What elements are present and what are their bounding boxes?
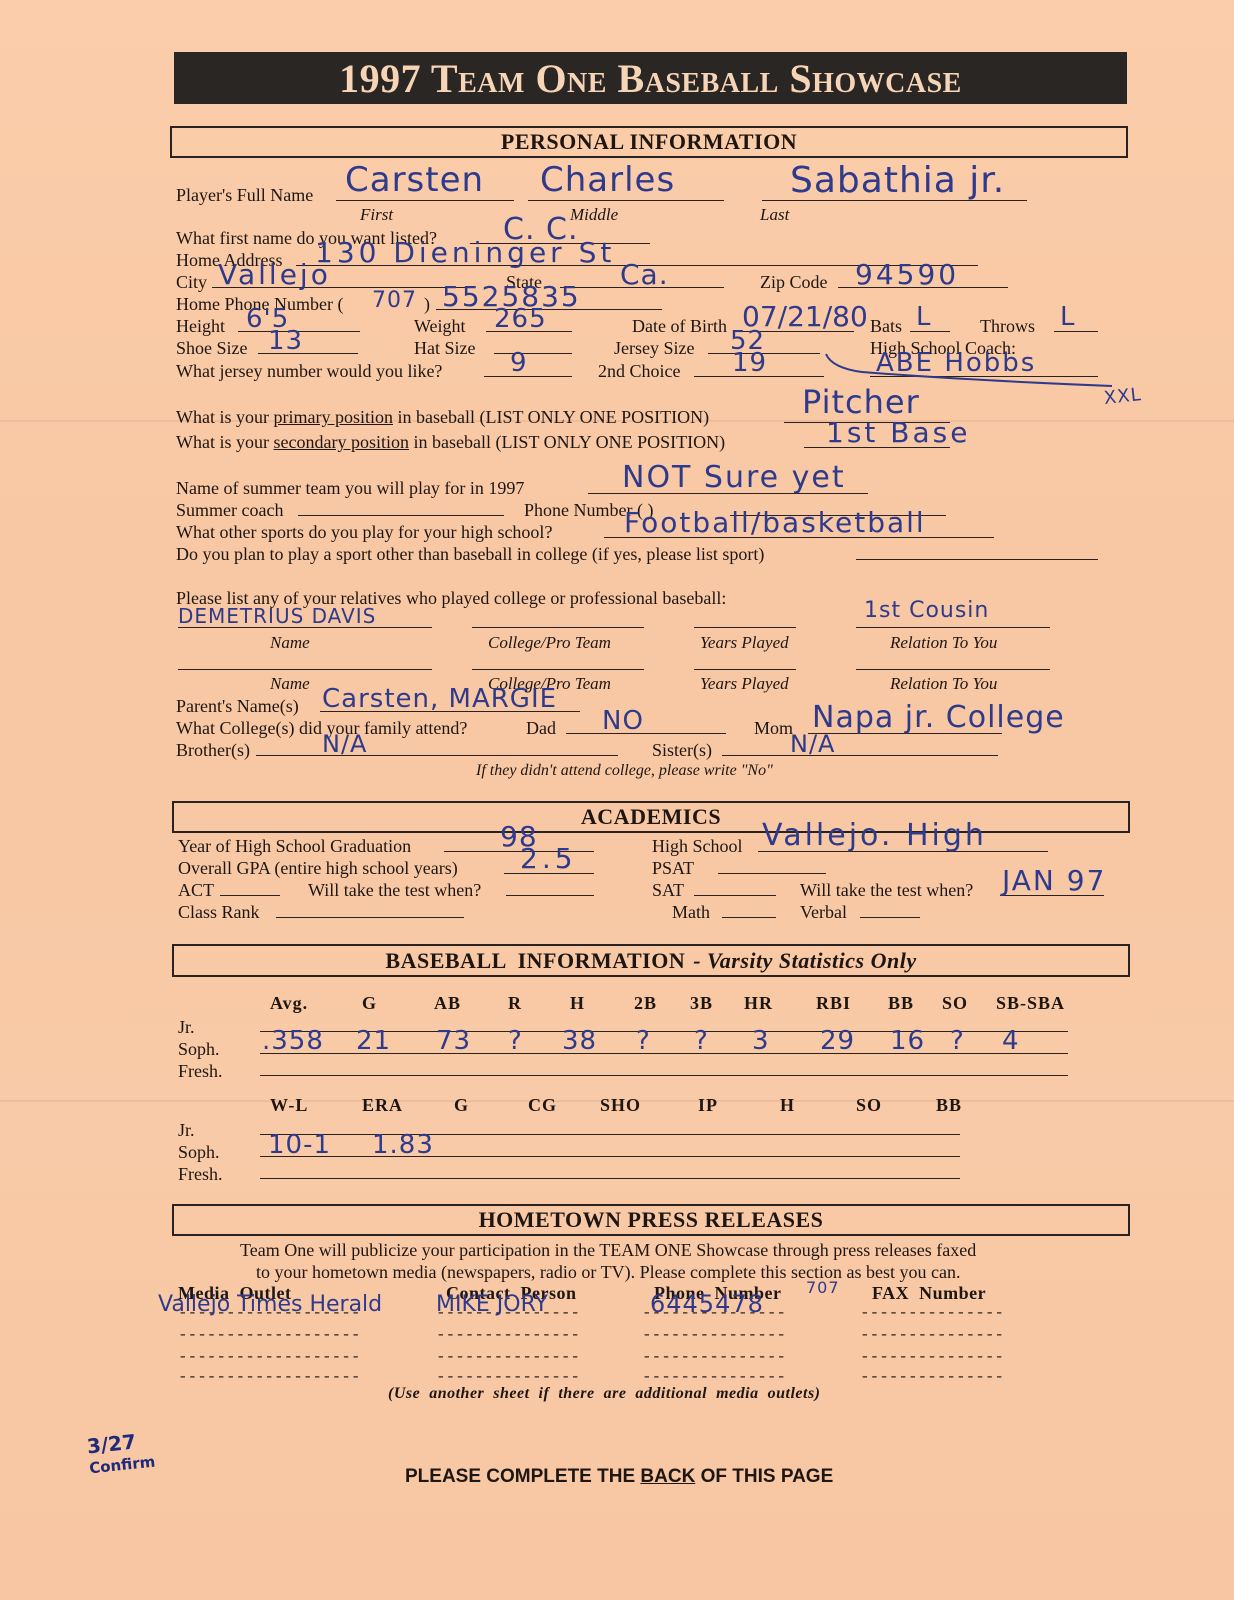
hitting-fresh-line[interactable] xyxy=(260,1074,1068,1076)
math-line[interactable] xyxy=(722,916,776,918)
pitching-col-h: H xyxy=(780,1095,795,1116)
press-intro-line1: Team One will publicize your participati… xyxy=(240,1240,976,1260)
form-page: 1997 Team One Baseball Showcase PERSONAL… xyxy=(0,0,1234,1600)
shoe-label: Shoe Size xyxy=(176,338,248,358)
label-underlined: secondary position xyxy=(273,432,408,452)
hitting-soph-so[interactable]: ? xyxy=(950,1026,965,1056)
press-note: (Use another sheet if there are addition… xyxy=(388,1385,821,1403)
fax-dash-line[interactable]: --------------- xyxy=(860,1304,1004,1322)
sisters-label: Sister(s) xyxy=(652,740,712,760)
other-sports-value[interactable]: Football/basketball xyxy=(624,506,926,539)
label-underlined: primary position xyxy=(273,407,393,427)
press-intro-line2: to your hometown media (newspapers, radi… xyxy=(256,1262,961,1282)
press-outlet-value[interactable]: Vallejo Times Herald xyxy=(158,1292,382,1317)
high-school-label: High School xyxy=(652,836,743,856)
phone-dash-line[interactable]: --------------- xyxy=(642,1326,786,1344)
hitting-soph-2b[interactable]: ? xyxy=(636,1026,651,1056)
pitching-soph-era[interactable]: 1.83 xyxy=(372,1130,434,1160)
footer-text: PLEASE COMPLETE THE xyxy=(405,1466,640,1487)
press-phone-value[interactable]: 6445478 xyxy=(650,1290,764,1318)
relative-name-value[interactable]: DEMETRIUS DAVIS xyxy=(178,604,376,628)
sisters-line[interactable] xyxy=(722,754,998,756)
hitting-col-g: G xyxy=(362,993,377,1014)
pitching-soph-wl[interactable]: 10-1 xyxy=(268,1130,331,1160)
last-name-value[interactable]: Sabathia jr. xyxy=(790,160,1005,201)
pitching-col-ip: IP xyxy=(698,1095,718,1116)
hitting-soph-rbi[interactable]: 29 xyxy=(820,1026,855,1056)
section-press-header: HOMETOWN PRESS RELEASES xyxy=(172,1204,1130,1236)
hat-label: Hat Size xyxy=(414,338,475,358)
class-rank-label: Class Rank xyxy=(178,902,260,922)
sat-when-label: Will take the test when? xyxy=(800,880,973,900)
relative-relation-line[interactable] xyxy=(856,668,1050,670)
hitting-col-so: SO xyxy=(942,993,968,1014)
math-label: Math xyxy=(672,902,710,922)
pitching-soph-line[interactable] xyxy=(260,1155,960,1157)
jersey-size-label: Jersey Size xyxy=(614,338,694,358)
hitting-row-jr: Jr. xyxy=(178,1017,195,1037)
other-sports-label: What other sports do you play for your h… xyxy=(176,522,552,542)
section-baseball-header: BASEBALL INFORMATION - Varsity Statistic… xyxy=(172,944,1130,977)
jersey-num-line[interactable] xyxy=(484,375,572,377)
sisters-value[interactable]: N/A xyxy=(790,730,835,758)
throws-value[interactable]: L xyxy=(1060,302,1076,332)
dad-value[interactable]: NO xyxy=(602,706,644,736)
college-sport-label: Do you plan to play a sport other than b… xyxy=(176,544,764,564)
mom-value[interactable]: Napa jr. College xyxy=(812,700,1065,735)
high-school-value[interactable]: Vallejo. High xyxy=(762,818,987,853)
hitting-soph-3b[interactable]: ? xyxy=(694,1026,709,1056)
hat-line[interactable] xyxy=(494,352,572,354)
press-contact-value[interactable]: MIKE JORY xyxy=(436,1292,548,1317)
relatives-col-name: Name xyxy=(270,633,310,653)
second-choice-value[interactable]: 19 xyxy=(732,348,767,378)
pitching-col-era: ERA xyxy=(362,1095,403,1116)
bats-value[interactable]: L xyxy=(916,302,932,332)
relatives-col-name: Name xyxy=(270,674,310,694)
summer-coach-label: Summer coach xyxy=(176,500,283,520)
phone-dash-line[interactable]: --------------- xyxy=(642,1348,786,1366)
act-label: ACT xyxy=(178,880,214,900)
hitting-soph-hr[interactable]: 3 xyxy=(752,1026,770,1056)
fax-dash-line[interactable]: --------------- xyxy=(860,1368,1004,1386)
first-name-value[interactable]: Carsten xyxy=(345,160,484,200)
hitting-soph-avg[interactable]: .358 xyxy=(262,1026,324,1056)
label-text: What is your xyxy=(176,432,273,452)
mom-label: Mom xyxy=(754,718,793,738)
form-title: 1997 Team One Baseball Showcase xyxy=(174,52,1127,104)
dad-line[interactable] xyxy=(566,732,726,734)
outlet-dash-line[interactable]: ------------------- xyxy=(178,1326,360,1344)
pitching-row-jr: Jr. xyxy=(178,1120,195,1140)
secondary-pos-value[interactable]: 1st Base xyxy=(826,416,970,449)
parents-value[interactable]: Carsten, MARGIE xyxy=(322,684,557,714)
summer-team-value[interactable]: NOT Sure yet xyxy=(622,460,846,495)
relative-years-line[interactable] xyxy=(694,668,796,670)
summer-team-label: Name of summer team you will play for in… xyxy=(176,478,524,498)
gpa-label: Overall GPA (entire high school years) xyxy=(178,858,458,878)
dob-label: Date of Birth xyxy=(632,316,727,336)
zip-value[interactable]: 94590 xyxy=(855,258,959,291)
pitching-fresh-line[interactable] xyxy=(260,1177,960,1179)
jersey-num-label: What jersey number would you like? xyxy=(176,361,442,381)
hitting-row-fresh: Fresh. xyxy=(178,1061,223,1081)
hitting-col-sb-sba: SB-SBA xyxy=(996,993,1065,1014)
outlet-dash-line[interactable]: ------------------- xyxy=(178,1368,360,1386)
secondary-pos-label: What is your secondary position in baseb… xyxy=(176,432,725,452)
verbal-label: Verbal xyxy=(800,902,847,922)
weight-value[interactable]: 265 xyxy=(494,304,547,334)
footer-instruction: PLEASE COMPLETE THE BACK OF THIS PAGE xyxy=(405,1466,833,1488)
section-personal-header: PERSONAL INFORMATION xyxy=(170,126,1128,158)
relatives-col-years: Years Played xyxy=(700,674,789,694)
primary-pos-label: What is your primary position in basebal… xyxy=(176,407,709,427)
parents-label: Parent's Name(s) xyxy=(176,696,299,716)
full-name-label: Player's Full Name xyxy=(176,185,313,205)
section-title: HOMETOWN PRESS RELEASES xyxy=(479,1207,824,1233)
relatives-col-team: College/Pro Team xyxy=(488,633,611,653)
pitching-col-so: SO xyxy=(856,1095,882,1116)
label-text: in baseball (LIST ONLY ONE POSITION) xyxy=(393,407,709,427)
jersey-size-note: XXL xyxy=(1103,384,1143,409)
sat-label: SAT xyxy=(652,880,684,900)
hitting-col-hr: HR xyxy=(744,993,773,1014)
pitching-row-fresh: Fresh. xyxy=(178,1164,223,1184)
brothers-line[interactable] xyxy=(256,754,618,756)
city-label: City xyxy=(176,272,207,292)
weight-label: Weight xyxy=(414,316,466,336)
act-line[interactable] xyxy=(220,894,280,896)
pitching-row-soph: Soph. xyxy=(178,1142,220,1162)
hitting-soph-ab[interactable]: 73 xyxy=(436,1026,471,1056)
second-choice-label: 2nd Choice xyxy=(598,361,681,381)
brothers-value[interactable]: N/A xyxy=(322,730,367,758)
label-text: What is your xyxy=(176,407,273,427)
relative-relation-line[interactable] xyxy=(856,626,1050,628)
shoe-value[interactable]: 13 xyxy=(268,326,303,356)
grad-year-label: Year of High School Graduation xyxy=(178,836,411,856)
summer-coach-line[interactable] xyxy=(298,514,504,516)
footer-text: OF THIS PAGE xyxy=(695,1466,833,1487)
phone-close-paren: ) xyxy=(424,294,430,314)
relatives-col-years: Years Played xyxy=(700,633,789,653)
state-value[interactable]: Ca. xyxy=(620,258,669,291)
first-caption: First xyxy=(360,205,393,225)
brothers-label: Brother(s) xyxy=(176,740,250,760)
class-rank-line[interactable] xyxy=(276,916,464,918)
address-value[interactable]: 130 Dieninger St xyxy=(315,236,615,269)
pitching-jr-line[interactable] xyxy=(260,1133,960,1135)
hitting-col-h: H xyxy=(570,993,585,1014)
throws-label: Throws xyxy=(980,316,1035,336)
college-sport-line[interactable] xyxy=(856,558,1098,560)
relative-name-line[interactable] xyxy=(178,668,432,670)
label-text: in baseball (LIST ONLY ONE POSITION) xyxy=(409,432,725,452)
pitching-col-bb: BB xyxy=(936,1095,962,1116)
verbal-line[interactable] xyxy=(860,916,920,918)
hitting-col-3b: 3B xyxy=(690,993,713,1014)
sat-line[interactable] xyxy=(694,894,776,896)
hitting-col-bb: BB xyxy=(888,993,914,1014)
relative-team-line[interactable] xyxy=(472,668,644,670)
hitting-soph-sb-sba[interactable]: 4 xyxy=(1002,1026,1020,1056)
area-code-value[interactable]: 707 xyxy=(372,288,417,313)
relative-relation-value[interactable]: 1st Cousin xyxy=(864,598,989,623)
section-title: ACADEMICS xyxy=(581,804,721,830)
zip-label: Zip Code xyxy=(760,272,828,292)
section-title: BASEBALL INFORMATION xyxy=(385,948,685,974)
pitching-col-cg: CG xyxy=(528,1095,557,1116)
relatives-col-relation: Relation To You xyxy=(890,633,997,653)
phone-dash-line[interactable]: --------------- xyxy=(642,1368,786,1386)
hitting-col-2b: 2B xyxy=(634,993,657,1014)
dad-label: Dad xyxy=(526,718,556,738)
act-when-line[interactable] xyxy=(506,894,594,896)
section-subtitle: - Varsity Statistics Only xyxy=(693,948,916,974)
fax-dash-line[interactable]: --------------- xyxy=(860,1326,1004,1344)
psat-label: PSAT xyxy=(652,858,694,878)
height-label: Height xyxy=(176,316,225,336)
footer-underlined: BACK xyxy=(640,1466,695,1487)
fax-dash-line[interactable]: --------------- xyxy=(860,1348,1004,1366)
sat-when-value[interactable]: JAN 97 xyxy=(1002,864,1106,897)
hitting-col-r: R xyxy=(508,993,522,1014)
outlet-dash-line[interactable]: ------------------- xyxy=(178,1348,360,1366)
pitching-col-wl: W-L xyxy=(270,1095,308,1116)
middle-name-value[interactable]: Charles xyxy=(540,160,675,200)
psat-line[interactable] xyxy=(718,872,826,874)
contact-dash-line[interactable]: --------------- xyxy=(436,1368,580,1386)
margin-note: 3/27 Confirm xyxy=(86,1429,156,1480)
hitting-col-ab: AB xyxy=(434,993,461,1014)
section-title: PERSONAL INFORMATION xyxy=(501,129,797,155)
bats-label: Bats xyxy=(870,316,902,336)
last-caption: Last xyxy=(760,205,789,225)
hitting-soph-g[interactable]: 21 xyxy=(356,1026,391,1056)
pitching-col-g: G xyxy=(454,1095,469,1116)
pitching-col-sho: SHO xyxy=(600,1095,641,1116)
relatives-col-relation: Relation To You xyxy=(890,674,997,694)
press-col-fax: FAX Number xyxy=(872,1283,986,1304)
jersey-num-value[interactable]: 9 xyxy=(510,348,528,378)
gpa-value[interactable]: 2.5 xyxy=(520,842,577,875)
act-when-label: Will take the test when? xyxy=(308,880,481,900)
contact-dash-line[interactable]: --------------- xyxy=(436,1326,580,1344)
press-area-code-note: 707 xyxy=(806,1278,840,1297)
hitting-row-soph: Soph. xyxy=(178,1039,220,1059)
hitting-soph-h[interactable]: 38 xyxy=(562,1026,597,1056)
college-note: If they didn't attend college, please wr… xyxy=(476,762,773,780)
relative-team-line[interactable] xyxy=(472,626,644,628)
hitting-soph-bb[interactable]: 16 xyxy=(890,1026,925,1056)
city-value[interactable]: Vallejo xyxy=(218,258,331,291)
relative-years-line[interactable] xyxy=(694,626,796,628)
contact-dash-line[interactable]: --------------- xyxy=(436,1348,580,1366)
hitting-col-rbi: RBI xyxy=(816,993,851,1014)
hitting-col-avg: Avg. xyxy=(270,993,308,1014)
hitting-soph-r[interactable]: ? xyxy=(508,1026,523,1056)
